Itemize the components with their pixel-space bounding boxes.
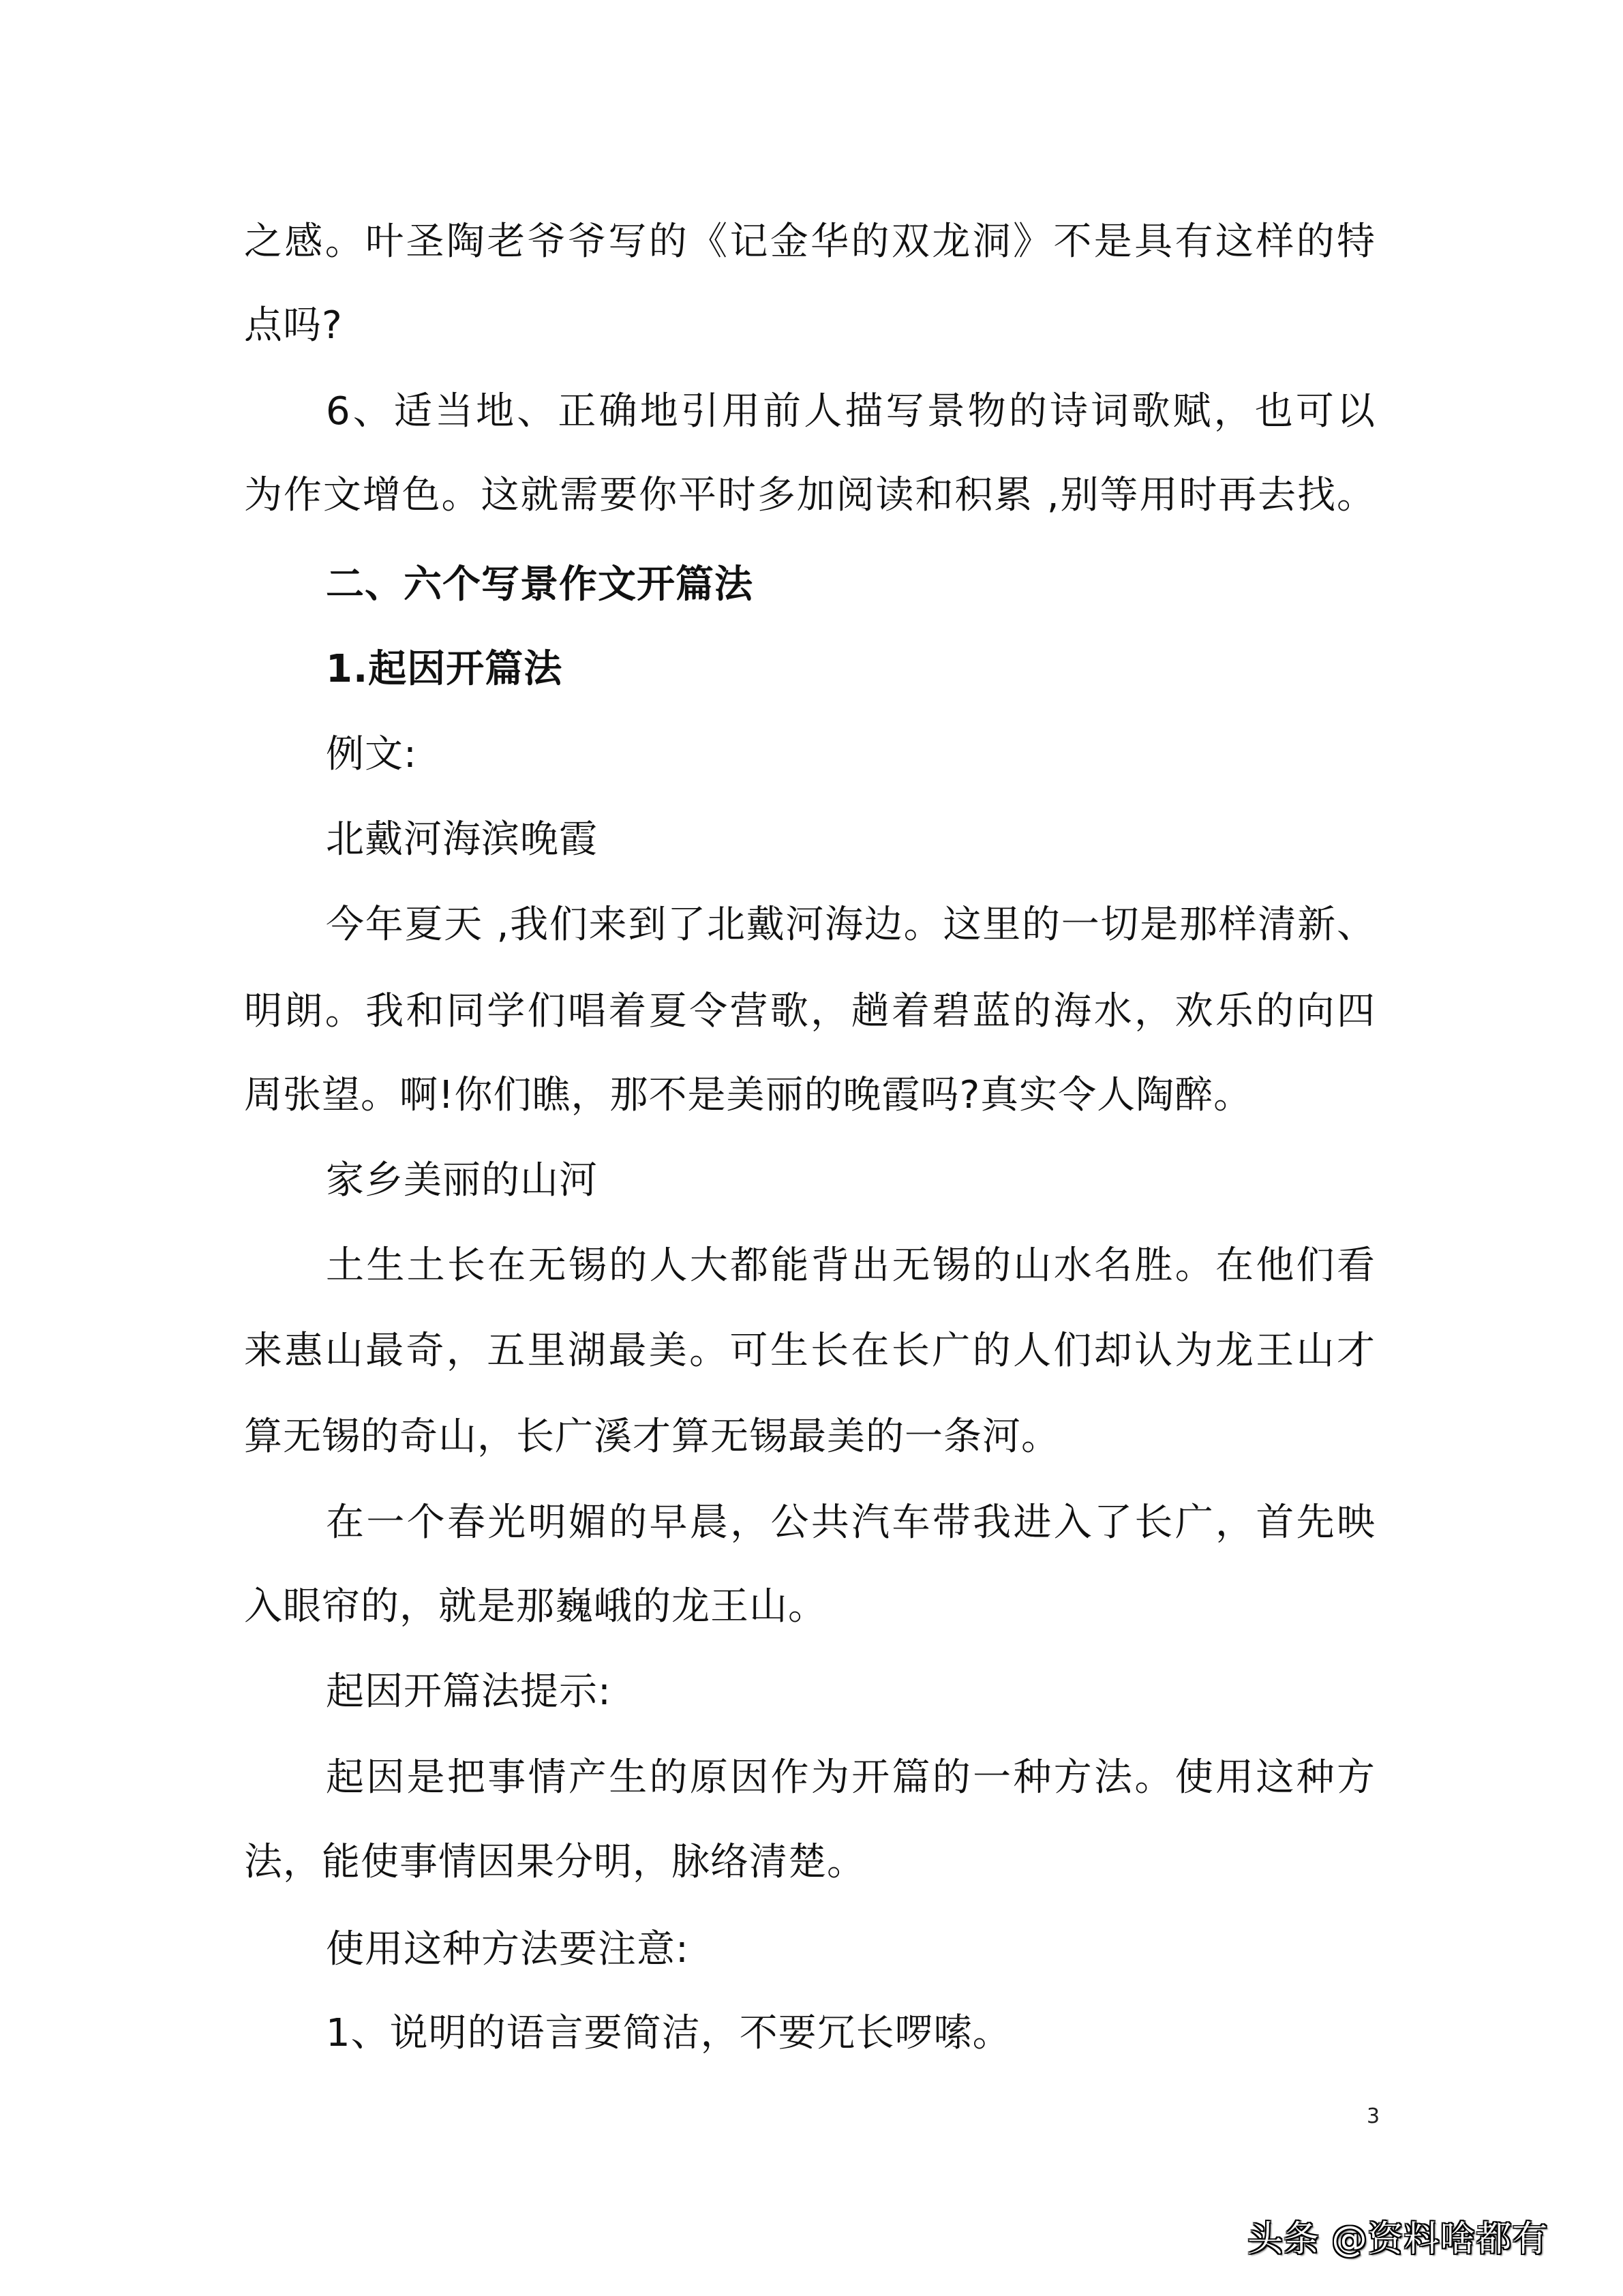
text-line: 入眼帘的，就是那巍峨的龙王山。 [244,1576,1376,1637]
text-line: 起因开篇法提示: [326,1661,1376,1723]
text-line: 法，能使事情因果分明，脉络清楚。 [244,1832,1376,1893]
text-line: 在一个春光明媚的早晨，公共汽车带我进入了长广，首先映 [326,1492,1376,1554]
page-number: 3 [1367,2103,1380,2130]
text-line: 今年夏天 ,我们来到了北戴河海边。这里的一切是那样清新、 [326,894,1376,956]
section-heading: 二、六个写景作文开篇法 [326,554,1376,616]
watermark: 头条 @资料啥都有 [1247,2216,1549,2263]
text-line: 起因是把事情产生的原因作为开篇的一种方法。使用这种方 [326,1747,1376,1809]
text-line: 使用这种方法要注意: [326,1919,1376,1980]
text-line: 6、适当地、正确地引用前人描写景物的诗词歌赋，也可以 [326,381,1376,442]
text-line: 土生土长在无锡的人大都能背出无锡的山水名胜。在他们看 [326,1235,1376,1297]
text-line: 周张望。啊!你们瞧，那不是美丽的晚霞吗?真实令人陶醉。 [244,1065,1376,1126]
text-line: 家乡美丽的山河 [326,1150,1376,1211]
text-line: 算无锡的奇山，长广溪才算无锡最美的一条河。 [244,1406,1376,1468]
text-line: 例文: [326,724,1376,785]
document-page: 之感。叶圣陶老爷爷写的《记金华的双龙洞》不是具有这样的特点吗?6、适当地、正确地… [0,0,1623,2296]
text-line: 1、说明的语言要简洁，不要冗长啰嗦。 [326,2003,1376,2064]
text-line: 来惠山最奇，五里湖最美。可生长在长广的人们却认为龙王山才 [244,1320,1376,1382]
text-line: 为作文增色。这就需要你平时多加阅读和积累 ,别等用时再去找。 [244,465,1376,526]
text-line: 之感。叶圣陶老爷爷写的《记金华的双龙洞》不是具有这样的特 [244,211,1376,273]
text-line: 点吗? [244,295,1376,357]
text-line: 明朗。我和同学们唱着夏令营歌，趟着碧蓝的海水，欢乐的向四 [244,981,1376,1042]
section-heading: 1.起因开篇法 [326,639,1376,700]
text-line: 北戴河海滨晚霞 [326,809,1376,871]
